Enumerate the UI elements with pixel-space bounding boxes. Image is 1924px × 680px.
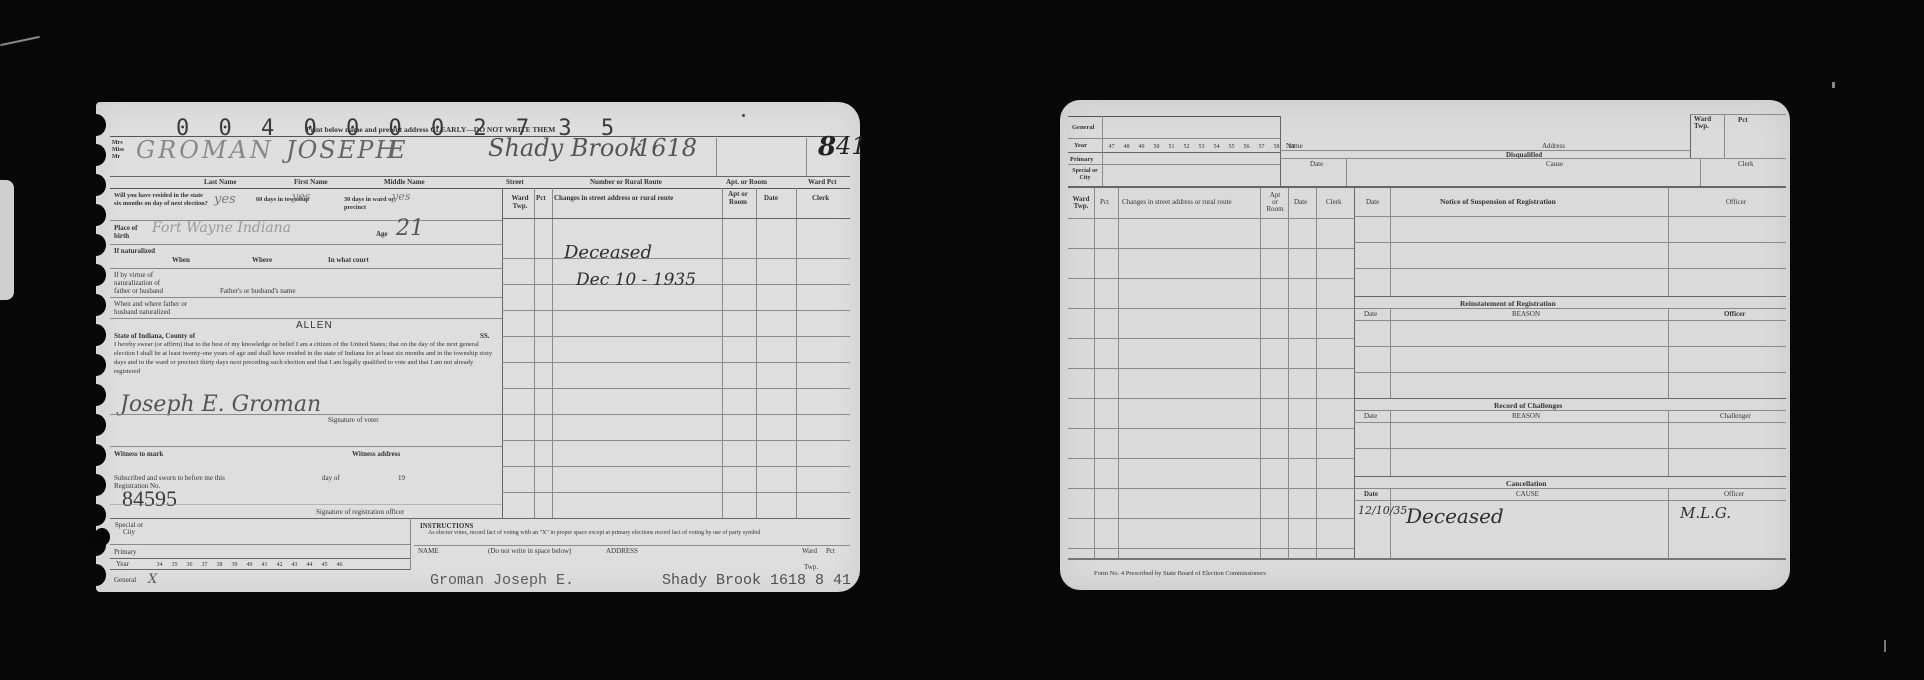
rule <box>110 188 850 189</box>
rule <box>1102 116 1103 186</box>
year-prefix: 19 <box>398 474 405 482</box>
rule <box>1390 410 1391 476</box>
county-value: ALLEN <box>296 320 333 331</box>
birthplace-value: Fort Wayne Indiana <box>152 220 291 236</box>
year-label: Year <box>1074 142 1087 150</box>
reinstatement-date-label: Date <box>1364 310 1377 318</box>
rule <box>1068 164 1280 165</box>
rule <box>1354 398 1786 399</box>
father-name-label: Father's or husband's name <box>220 287 295 295</box>
rule <box>1068 338 1354 339</box>
rule <box>756 188 757 518</box>
instructions-title: INSTRUCTIONS <box>420 522 473 530</box>
rule <box>1068 308 1354 309</box>
prefix-labels: MrsMissMr <box>112 140 124 161</box>
last-name-value: GROMAN <box>136 136 274 164</box>
rule <box>1690 114 1691 158</box>
age-value: 21 <box>396 216 424 241</box>
col-pct: Pct <box>1100 198 1109 206</box>
day-of-label: day of <box>322 474 340 482</box>
col-changes: Changes in street address or rural route <box>554 194 673 202</box>
col-clerk: Clerk <box>1326 198 1342 206</box>
residence-state-question: Will you have resided in the state six m… <box>114 192 210 208</box>
suspension-date-label: Date <box>1366 198 1379 206</box>
rule <box>1068 138 1280 139</box>
rule <box>1354 476 1786 477</box>
rule <box>110 518 850 519</box>
rule <box>1068 458 1354 459</box>
rule <box>502 388 850 389</box>
rule <box>502 336 850 337</box>
rule <box>502 466 850 467</box>
rule <box>722 188 723 518</box>
rule <box>410 518 411 570</box>
rule <box>110 268 502 269</box>
rule <box>716 138 717 176</box>
changes-entry-deceased: Deceased <box>564 242 652 263</box>
rule <box>1288 188 1289 560</box>
street-value: Shady Brook <box>488 134 643 162</box>
typed-address: Shady Brook 1618 8 41 <box>662 572 851 589</box>
house-number-value: 1618 <box>636 134 697 162</box>
suspension-officer-label: Officer <box>1726 198 1746 206</box>
year-label: Year <box>116 560 129 568</box>
state-county-label: State of Indiana, County of <box>114 332 195 340</box>
scan-artifact <box>0 180 14 300</box>
rule <box>1068 428 1354 429</box>
rule <box>1390 488 1391 558</box>
rule <box>534 188 535 518</box>
naturalized-label: If naturalized <box>114 247 164 255</box>
primary-label: Primary <box>1070 156 1093 164</box>
instructions-name-note: (Do not write in space below) <box>488 547 571 555</box>
rule <box>1280 158 1786 159</box>
cancellation-cause-value: Deceased <box>1406 504 1504 528</box>
rule <box>502 440 850 441</box>
rule <box>1094 188 1095 560</box>
special-city-label: Special or City <box>1070 168 1100 182</box>
last-name-label: Last Name <box>204 178 236 186</box>
rule <box>1354 500 1786 501</box>
middle-name-value: E <box>388 136 406 164</box>
instructions-name-label: NAME <box>418 547 439 555</box>
rule <box>1354 422 1786 423</box>
township-answer: yes <box>292 190 310 203</box>
rule <box>1700 158 1701 186</box>
perforation-notch <box>86 264 106 286</box>
rule <box>1354 242 1786 243</box>
rule <box>1354 296 1786 297</box>
primary-label: Primary <box>114 548 137 556</box>
rule <box>1280 150 1690 151</box>
rule <box>1068 218 1354 219</box>
when-where-label: When and where father or husband natural… <box>114 300 194 316</box>
rule <box>502 362 850 363</box>
suspension-title: Notice of Suspension of Registration <box>1440 198 1556 206</box>
rule <box>1068 152 1280 153</box>
rule <box>110 504 502 505</box>
perforation-notch <box>86 564 106 586</box>
col-pct: Pct <box>536 194 546 202</box>
reinstatement-title: Reinstatement of Registration <box>1460 300 1556 308</box>
col-changes: Changes in street address or rural route <box>1122 198 1232 206</box>
ward-twp-label: Ward Twp. <box>1694 116 1720 130</box>
rule <box>1354 308 1786 309</box>
address-label: Address <box>1542 142 1565 150</box>
rule <box>502 414 850 415</box>
disqualified-date-label: Date <box>1310 160 1323 168</box>
rule <box>110 244 502 245</box>
rule <box>1068 368 1354 369</box>
subscribed-label: Subscribed and sworn to before me this <box>114 474 225 482</box>
rule <box>1354 268 1786 269</box>
rule <box>1354 346 1786 347</box>
cancellation-date-label: Date <box>1364 490 1378 498</box>
punch-hole <box>94 528 110 546</box>
reinstatement-reason-label: REASON <box>1512 310 1540 318</box>
pct-label: Pct <box>1738 116 1748 124</box>
rule <box>502 310 850 311</box>
witness-address-label: Witness address <box>352 450 400 458</box>
rule <box>796 188 797 518</box>
perforation-notch <box>86 174 106 196</box>
cancellation-cause-label: CAUSE <box>1516 490 1539 498</box>
instructions-pct-label: Pct <box>826 547 835 555</box>
first-name-label: First Name <box>294 178 328 186</box>
year-cells: 47484950515253545556575859 <box>1104 142 1299 151</box>
rule <box>1068 186 1786 188</box>
rule <box>1354 372 1786 373</box>
rule <box>1354 488 1786 489</box>
rule <box>1668 488 1669 558</box>
reinstatement-officer-label: Officer <box>1724 310 1745 318</box>
rule <box>110 569 410 570</box>
col-ward-twp: Ward Twp. <box>1070 196 1092 210</box>
rule <box>502 258 850 259</box>
rule <box>1724 114 1725 158</box>
general-label: General <box>114 576 136 584</box>
rule <box>1068 558 1786 560</box>
signature-label: Signature of voter <box>328 416 379 424</box>
instructions-text: As elector votes, record fact of voting … <box>428 530 848 537</box>
rule <box>1068 398 1354 399</box>
rule <box>1346 158 1347 186</box>
challenger-label: Challenger <box>1720 412 1751 420</box>
naturalized-court-label: In what court <box>328 256 369 264</box>
col-apt-room: Apt or Room <box>1266 192 1284 213</box>
perforation-notch <box>86 234 106 256</box>
age-label: Age <box>376 230 388 238</box>
cancellation-officer-label: Officer <box>1724 490 1744 498</box>
header-instruction: Print below name and present address CLE… <box>306 126 555 134</box>
typed-name: Groman Joseph E. <box>430 572 574 589</box>
registration-card-back: General Year 47484950515253545556575859 … <box>1060 100 1790 590</box>
rule <box>1668 308 1669 398</box>
challenges-date-label: Date <box>1364 412 1377 420</box>
birthplace-label: Place of birth <box>114 224 150 240</box>
rule <box>1668 410 1669 476</box>
perforation-notch <box>86 324 106 346</box>
general-vote-mark: X <box>148 572 157 587</box>
year-cells: 34353637383940414243444546 <box>152 560 347 569</box>
residence-state-answer: yes <box>214 192 236 207</box>
general-label: General <box>1072 124 1094 132</box>
rule <box>1068 116 1280 117</box>
rule <box>552 188 553 518</box>
disqualified-cause-label: Cause <box>1546 160 1563 168</box>
oath-text: I hereby swear (or affirm) that to the b… <box>114 340 494 376</box>
col-date: Date <box>1294 198 1307 206</box>
ss-label: SS. <box>480 332 490 340</box>
ink-dot <box>742 114 745 117</box>
rule <box>110 558 410 559</box>
instructions-ward-label: Ward <box>802 547 817 555</box>
disqualified-clerk-label: Clerk <box>1738 160 1754 168</box>
rule <box>1390 308 1391 398</box>
perforation-notch <box>86 294 106 316</box>
street-label: Street <box>506 178 524 186</box>
rule <box>1068 278 1354 279</box>
first-name-value: JOSEPH <box>286 136 398 164</box>
perforation-notch <box>86 414 106 436</box>
scan-artifact <box>0 36 40 46</box>
precinct-value: 41 <box>836 132 867 160</box>
rule <box>1280 116 1281 186</box>
registration-card-front: 0 0 4 0 0 0 0 2 7 3 5 Print below name a… <box>96 102 860 592</box>
col-apt-room: Apt or Room <box>726 190 750 206</box>
rule <box>1354 320 1786 321</box>
ward-value: 8 <box>818 132 836 162</box>
rule <box>1354 216 1786 217</box>
number-label: Number or Rural Route <box>590 178 662 186</box>
scan-artifact <box>1832 82 1835 88</box>
ward-pct-label: Ward Pct <box>808 178 837 186</box>
apt-label: Apt. or Room <box>726 178 767 186</box>
witness-label: Witness to mark <box>114 450 163 458</box>
perforation-notch <box>86 444 106 466</box>
cancellation-officer-value: M.L.G. <box>1680 504 1731 522</box>
challenges-title: Record of Challenges <box>1494 402 1562 410</box>
cancellation-date-value: 12/10/35 <box>1358 504 1407 517</box>
rule <box>1118 188 1119 560</box>
rule <box>1354 410 1786 411</box>
perforation-notch <box>86 204 106 226</box>
rule <box>1068 548 1354 549</box>
rule <box>110 544 410 545</box>
instructions-twp-label: Twp. <box>804 563 818 571</box>
scan-artifact <box>1884 640 1886 652</box>
rule <box>502 188 503 518</box>
rule <box>414 545 850 546</box>
officer-signature-label: Signature of registration officer <box>316 508 404 516</box>
naturalized-where-label: Where <box>252 256 272 264</box>
rule <box>1068 518 1354 519</box>
father-naturalization-label: If by virtue of naturalization of father… <box>114 271 174 295</box>
perforation-notch <box>86 144 106 166</box>
instructions-address-label: ADDRESS <box>606 547 638 555</box>
registration-number: 84595 <box>122 486 177 512</box>
form-footer: Form No. 4 Prescribed by State Board of … <box>1094 570 1266 578</box>
rule <box>1068 488 1354 489</box>
name-label: Name <box>1286 142 1303 150</box>
rule <box>110 297 502 298</box>
rule <box>1354 448 1786 449</box>
perforation-notch <box>86 384 106 406</box>
cancellation-title: Cancellation <box>1506 480 1546 488</box>
perforation-notch <box>86 114 106 136</box>
col-clerk: Clerk <box>812 194 829 202</box>
perforation-notch <box>86 474 106 496</box>
rule <box>110 446 502 447</box>
col-ward-twp: Ward Twp. <box>510 194 530 210</box>
special-city-label: Special or City <box>114 522 144 536</box>
rule <box>502 492 850 493</box>
rule <box>1068 248 1354 249</box>
rule <box>110 318 502 319</box>
rule <box>1316 188 1317 560</box>
middle-name-label: Middle Name <box>384 178 425 186</box>
rule <box>1354 188 1355 560</box>
rule <box>1260 188 1261 560</box>
challenges-reason-label: REASON <box>1512 412 1540 420</box>
col-date: Date <box>764 194 778 202</box>
rule <box>110 176 850 177</box>
changes-entry-date: Dec 10 - 1935 <box>576 270 696 290</box>
naturalized-when-label: When <box>172 256 190 264</box>
rule <box>502 218 850 219</box>
perforation-notch <box>86 354 106 376</box>
ward-answer: yes <box>392 190 410 203</box>
rule <box>110 414 502 415</box>
rule <box>806 138 807 176</box>
perforation-notch <box>86 504 106 526</box>
